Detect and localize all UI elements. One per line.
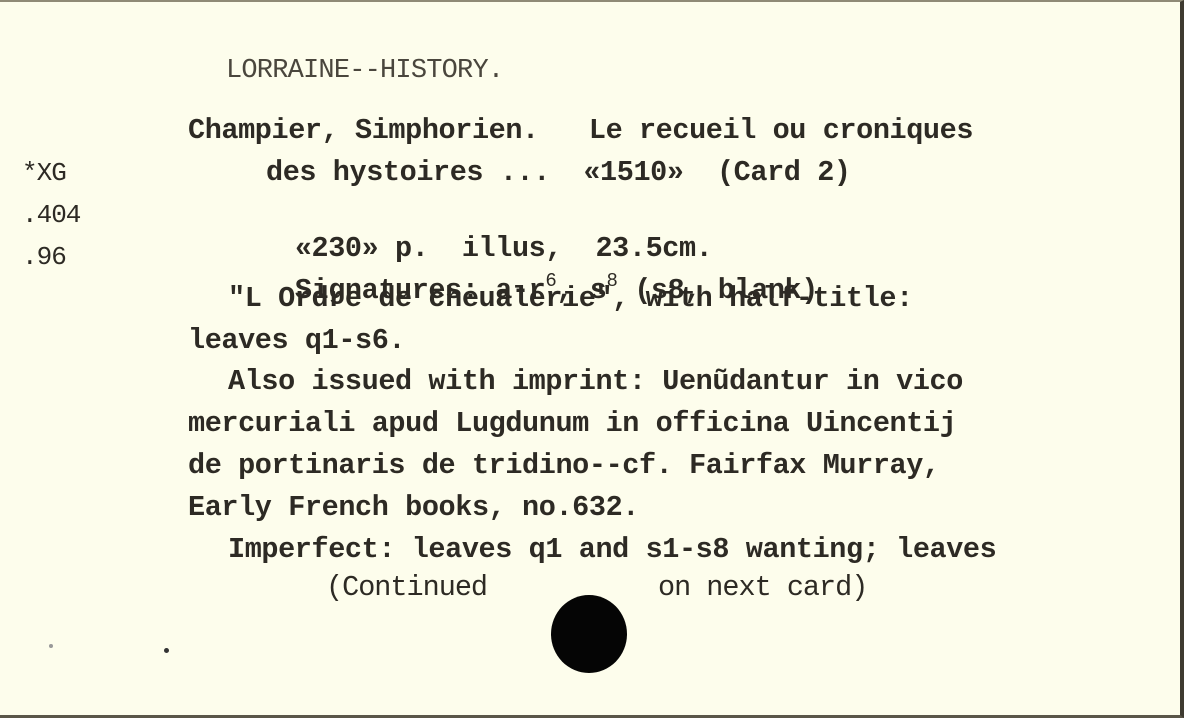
note-2-line-2: mercuriali apud Lugdunum in officina Uin… [188,407,956,441]
note-3-line-1: Imperfect: leaves q1 and s1-s8 wanting; … [228,533,996,567]
note-1-line-1: "L Ordre de cheualerie", with half-title… [228,282,913,316]
note-2-line-4: Early French books, no.632. [188,491,639,525]
continued-label-end: on next card) [658,571,867,605]
title-continuation-line: des hystoires ... «1510» (Card 2) [266,156,851,190]
subject-heading: LORRAINE--HISTORY. [226,54,503,88]
call-number-line-3: .96 [22,240,66,274]
call-number-line-1: *XG [22,156,66,190]
speck-mark [49,644,53,648]
note-2-line-3: de portinaris de tridino--cf. Fairfax Mu… [188,449,940,483]
speck-mark [164,648,169,653]
author-title-line: Champier, Simphorien. Le recueil ou cron… [188,114,973,148]
note-2-line-1: Also issued with imprint: Uenũdantur in … [228,365,963,399]
card-punch-hole [551,595,627,673]
call-number-line-2: .404 [22,198,80,232]
continued-label-start: (Continued [326,571,487,605]
note-1-line-2: leaves q1-s6. [188,324,405,358]
catalog-card: LORRAINE--HISTORY. *XG .404 .96 Champier… [0,0,1184,718]
